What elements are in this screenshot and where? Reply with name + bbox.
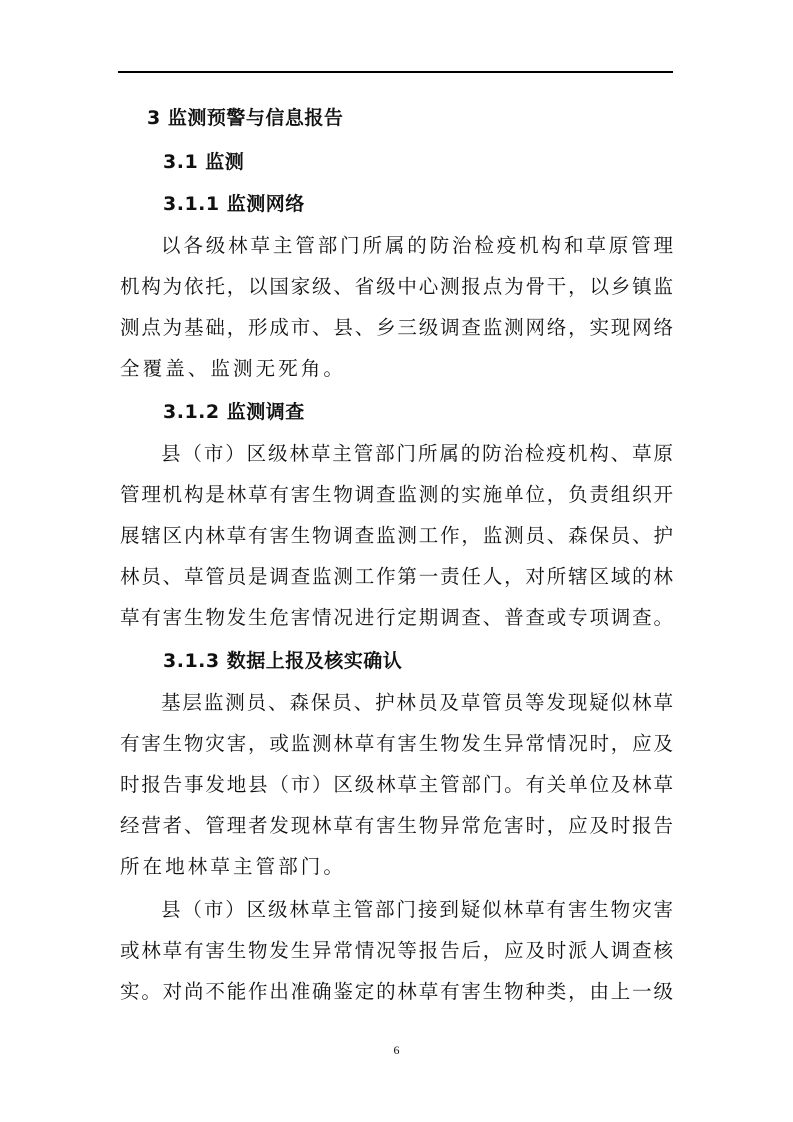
paragraph-line: 机构为依托，以国家级、省级中心测报点为骨干，以乡镇监 (120, 275, 673, 299)
paragraph-line: 基层监测员、森保员、护林员及草管员等发现疑似林草 (161, 691, 673, 715)
paragraph-line: 草有害生物发生危害情况进行定期调查、普查或专项调查。 (120, 606, 673, 630)
heading-section-3-1-2: 3.1.2 监测调查 (163, 400, 716, 424)
paragraph-line: 展辖区内林草有害生物调查监测工作，监测员、森保员、护 (120, 524, 673, 548)
paragraph-line: 经营者、管理者发现林草有害生物异常危害时，应及时报告 (120, 814, 673, 838)
paragraph-line: 实。对尚不能作出准确鉴定的林草有害生物种类，由上一级 (120, 980, 673, 1004)
paragraph-line: 县（市）区级林草主管部门接到疑似林草有害生物灾害 (161, 898, 673, 922)
page-number: 6 (0, 1043, 793, 1058)
paragraph-line: 所在地林草主管部门。 (120, 855, 673, 879)
paragraph-line: 以各级林草主管部门所属的防治检疫机构和草原管理 (161, 234, 673, 258)
paragraph-line: 管理机构是林草有害生物调查监测的实施单位，负责组织开 (120, 483, 673, 507)
header-rule (118, 71, 673, 73)
heading-section-3-1: 3.1 监测 (163, 150, 716, 174)
paragraph-line: 测点为基础，形成市、县、乡三级调查监测网络，实现网络 (120, 316, 673, 340)
heading-section-3: 3 监测预警与信息报告 (147, 106, 700, 130)
heading-section-3-1-3: 3.1.3 数据上报及核实确认 (163, 649, 716, 673)
heading-section-3-1-1: 3.1.1 监测网络 (163, 192, 716, 216)
paragraph-line: 全覆盖、监测无死角。 (120, 357, 673, 381)
paragraph-line: 时报告事发地县（市）区级林草主管部门。有关单位及林草 (120, 773, 673, 797)
paragraph-line: 或林草有害生物发生异常情况等报告后，应及时派人调查核 (120, 939, 673, 963)
paragraph-line: 林员、草管员是调查监测工作第一责任人，对所辖区域的林 (120, 565, 673, 589)
paragraph-line: 有害生物灾害，或监测林草有害生物发生异常情况时，应及 (120, 732, 673, 756)
paragraph-line: 县（市）区级林草主管部门所属的防治检疫机构、草原 (161, 442, 673, 466)
